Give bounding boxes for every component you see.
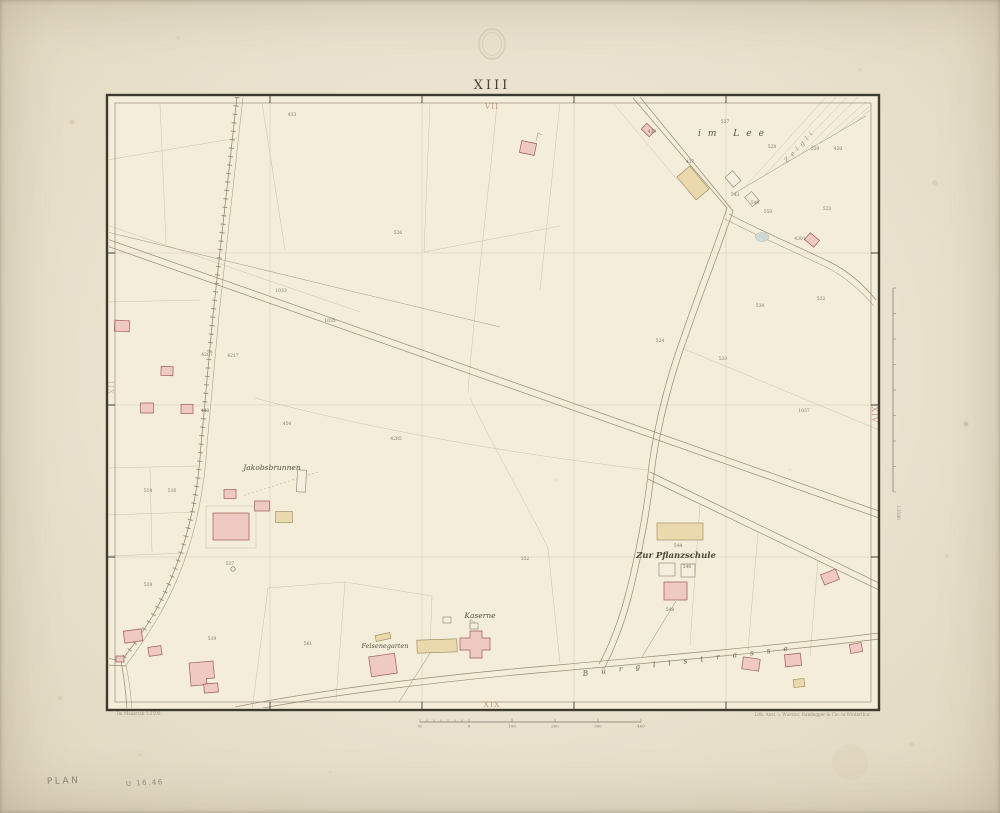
credit-left: Im Maasstab 1:2500.	[117, 711, 162, 716]
parcel-number: 1033	[275, 288, 287, 294]
parcel-number: 519	[208, 636, 217, 642]
scale-label-100: 100	[508, 724, 516, 729]
place-label-zur-pflanzschule: Zur Pflanzschule	[635, 551, 716, 561]
parcel-number: 433	[288, 112, 297, 118]
adjacent-sheet-bottom: XIX	[484, 700, 501, 709]
parcel-number: 448	[201, 408, 210, 414]
place-label-felsengarten: Felsenegarten	[360, 642, 408, 650]
cadastral-map-svg: XIII VII XIX XIV XII im Lee Zelgli Jakob…	[0, 0, 1000, 813]
parcel-number: 522	[817, 296, 826, 302]
parcel-number: 561	[304, 641, 313, 647]
parcel-number: 527	[721, 119, 730, 125]
parcel-number: 548	[666, 607, 675, 613]
parcel-number: 516	[168, 488, 177, 494]
parcel-number: 514	[144, 488, 153, 494]
scale-label-200: 200	[551, 724, 559, 729]
scale-label-50: 50	[417, 724, 423, 729]
pencil-inscription-number: U 16.46	[126, 778, 164, 788]
parcel-number: 430	[834, 146, 843, 152]
parcel-number: 549	[751, 200, 760, 206]
map-sheet: XIII VII XIX XIV XII im Lee Zelgli Jakob…	[0, 0, 1000, 813]
ruler-note: 1:2500	[896, 505, 901, 520]
parcel-number: 546	[683, 564, 692, 570]
parcel-number: 439	[648, 129, 657, 135]
pencil-inscription-word: PLAN	[47, 776, 81, 787]
scale-label-300: 300	[594, 724, 602, 729]
parcel-number: 529	[811, 146, 820, 152]
parcel-number: 523	[823, 206, 832, 212]
parcel-number: 437	[686, 159, 695, 165]
parcel-number: 544	[674, 543, 683, 549]
pond	[755, 233, 769, 242]
credit-right: Lith. Anst. v. Wurster, Randegger & Cie.…	[754, 712, 871, 717]
parcel-number: 454	[283, 421, 292, 427]
parcel-number: 1057	[798, 408, 810, 414]
parcel-number: 552	[521, 556, 530, 562]
scale-bar: 50 0 100 200 300 400	[417, 719, 645, 729]
parcel-number: 4207	[201, 352, 213, 358]
parcel-number: 533	[719, 356, 728, 362]
sheet-title: XIII	[474, 78, 511, 93]
embossed-stamp-inner	[483, 33, 502, 56]
parcel-number: 1035	[324, 318, 336, 324]
parcel-number: 534	[756, 303, 765, 309]
scale-label-0: 0	[468, 724, 471, 729]
place-label-im-lee: im Lee	[698, 129, 771, 139]
parcel-number: 517	[226, 561, 235, 567]
adjacent-sheet-right: XIV	[870, 407, 879, 424]
parcel-number: 4217	[227, 353, 239, 359]
parcel-number: 4301	[794, 236, 806, 242]
parcel-number: 524	[656, 338, 665, 344]
adjacent-sheet-left: XII	[107, 380, 116, 394]
scale-label-400: 400	[637, 724, 645, 729]
place-label-jakobsbrunnen: Jakobsbrunnen	[241, 463, 301, 472]
parcel-number: 550	[764, 209, 773, 215]
place-label-kaserne: Kaserne	[463, 611, 496, 620]
parcel-number: 526	[394, 230, 403, 236]
parcel-number: 528	[768, 144, 777, 150]
parcel-number: 518	[144, 582, 153, 588]
parcel-number: 4285	[390, 436, 402, 442]
parcel-number: 543	[731, 192, 740, 198]
adjacent-sheet-top: VII	[484, 102, 499, 111]
margin-ruler: 1:2500	[893, 288, 901, 520]
